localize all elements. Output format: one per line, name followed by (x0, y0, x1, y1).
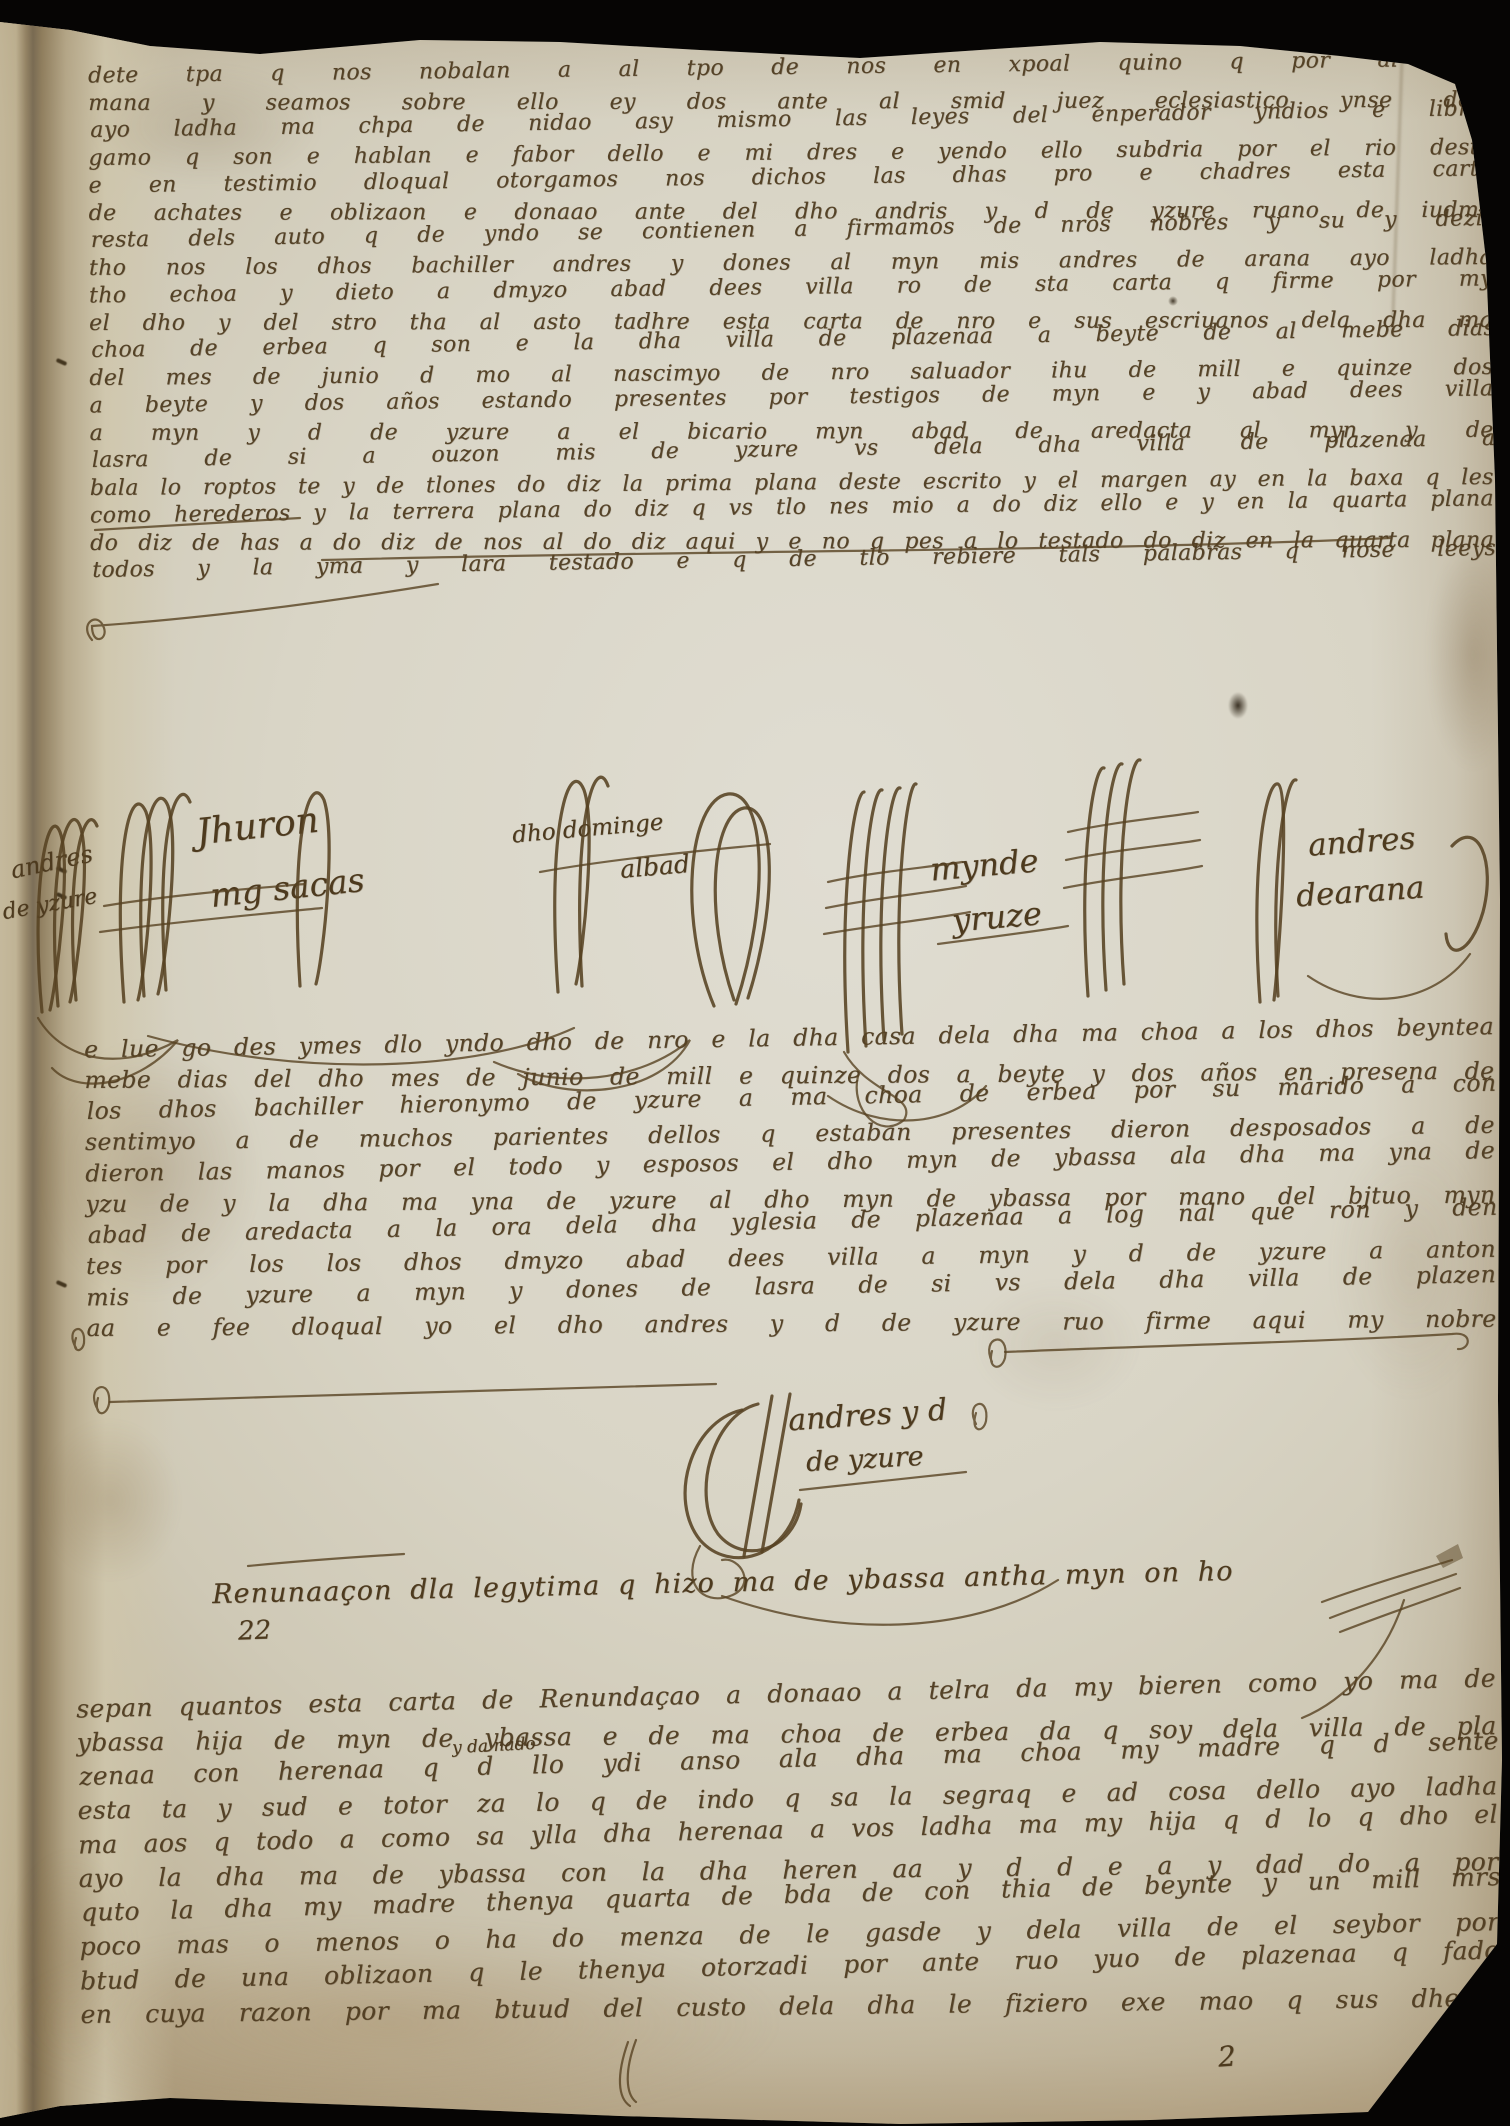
paragraph-2: e lue go des ymes dlo yndo dho de nro e … (84, 1022, 1497, 1344)
manuscript-line: dete tpa q nos nobalan a al tpo de nos e… (88, 45, 1492, 90)
signature-arana-name: andres (1307, 820, 1417, 863)
closing-mark: 2 (1217, 2039, 1237, 2073)
signature-arana-name: dearana (1295, 870, 1426, 915)
paragraph-3: sepan quantos esta carta de Renundaçao a… (76, 1672, 1501, 2032)
manuscript-scan: 436 dete tpa q nos nobalan a al tpo de n… (0, 0, 1510, 2126)
center-signature-name: de yzure (805, 1441, 924, 1478)
signature-domingo-name: albad (619, 849, 691, 884)
signature-martin-name: mynde (929, 841, 1040, 888)
signature-domingo-name: dho dominge (511, 809, 664, 848)
signature-martin-name: yruze (951, 894, 1044, 940)
ink-blot (1228, 692, 1248, 719)
paper-stain (40, 1420, 180, 1580)
heading-margin-mark: 22 (237, 1615, 271, 1646)
manuscript-page: 436 dete tpa q nos nobalan a al tpo de n… (0, 0, 1510, 2126)
center-signature-name: andres y d (787, 1392, 948, 1438)
signature-jheronimo-name: Jhuron (194, 800, 320, 854)
paragraph-1: dete tpa q nos nobalan a al tpo de nos e… (88, 56, 1494, 585)
section-heading: Renunaaçon dla legytima q hizo ma de yba… (212, 1553, 1372, 1610)
signature-jheronimo-name: mg sacas (208, 860, 366, 915)
